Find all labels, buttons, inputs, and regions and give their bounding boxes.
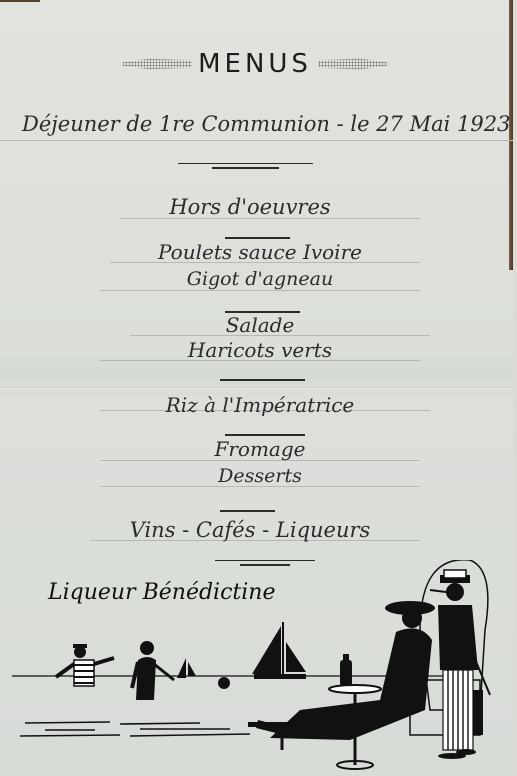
sailboat-small-icon	[177, 658, 186, 678]
title-block: MENUS	[110, 44, 400, 84]
course-item: Gigot d'agneau	[110, 268, 410, 290]
course-item: Vins - Cafés - Liqueurs	[90, 518, 410, 542]
sailboat-large-icon	[252, 622, 306, 679]
course-item: Desserts	[110, 465, 410, 487]
swimmer-head-icon	[218, 677, 230, 689]
benedictine-bottle-icon	[340, 660, 352, 686]
course-item: Riz à l'Impératrice	[110, 393, 410, 417]
menu-card: MENUS Déjeuner de 1re Communion - le 27 …	[0, 0, 513, 776]
page-title: MENUS	[198, 49, 312, 79]
course-item: Fromage	[110, 437, 410, 461]
ruled-line	[100, 290, 420, 291]
ruled-line	[0, 140, 513, 141]
course-item: Haricots verts	[110, 338, 410, 362]
course-item: Hors d'oeuvres	[120, 195, 380, 219]
left-ornament-icon	[122, 55, 192, 73]
course-divider	[225, 434, 305, 436]
waves-icon	[20, 722, 250, 736]
bather-striped-icon	[56, 644, 114, 686]
right-ornament-icon	[318, 55, 388, 73]
course-item: Poulets sauce Ivoire	[110, 240, 410, 264]
course-divider	[220, 510, 275, 512]
fold-crease	[0, 387, 513, 389]
course-divider	[225, 237, 290, 239]
course-divider	[220, 379, 305, 381]
cafe-table-icon	[329, 685, 381, 693]
course-item: Salade	[110, 313, 410, 337]
occasion-line: Déjeuner de 1re Communion - le 27 Mai 19…	[22, 112, 492, 136]
double-divider	[178, 163, 313, 164]
beach-scene-illustration	[0, 560, 513, 776]
bather-woman-icon	[132, 641, 174, 700]
paper-edge-top	[0, 0, 40, 2]
